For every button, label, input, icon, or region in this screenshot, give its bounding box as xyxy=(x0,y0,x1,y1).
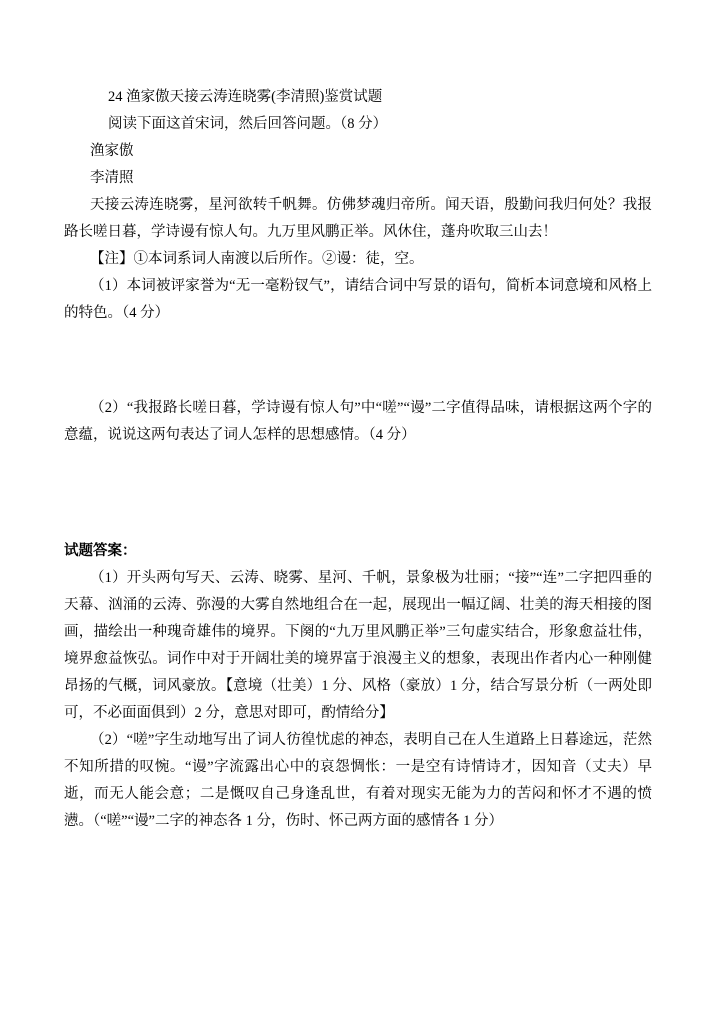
answer-space-2 xyxy=(64,449,652,538)
poet-name: 李清照 xyxy=(64,165,652,192)
instruction-line: 阅读下面这首宋词，然后回答问题。（8 分） xyxy=(64,111,652,138)
answer-1: （1）开头两句写天、云涛、晓雾、星河、千帆，景象极为壮丽；“接”“连”二字把四垂… xyxy=(64,565,652,727)
answer-space-1 xyxy=(64,327,652,395)
poem-text: 天接云涛连晓雾，星河欲转千帆舞。仿佛梦魂归帝所。闻天语，殷勤问我归何处？我报路长… xyxy=(64,192,652,246)
question-1: （1）本词被评家誉为“无一毫粉钗气”，请结合词中写景的语句，简析本词意境和风格上… xyxy=(64,273,652,327)
question-2: （2）“我报路长嗟日暮，学诗谩有惊人句”中“嗟”“谩”二字值得品味，请根据这两个… xyxy=(64,395,652,449)
answers-heading: 试题答案： xyxy=(64,538,652,565)
answer-2: （2）“嗟”字生动地写出了词人彷徨忧虑的神态，表明自己在人生道路上日暮途远，茫然… xyxy=(64,727,652,835)
document-page: 24 渔家傲天接云涛连晓雾(李清照)鉴赏试题 阅读下面这首宋词，然后回答问题。（… xyxy=(0,0,725,1024)
poem-title: 渔家傲 xyxy=(64,138,652,165)
poem-note: 【注】①本词系词人南渡以后所作。②谩：徒，空。 xyxy=(64,246,652,273)
document-content: 24 渔家傲天接云涛连晓雾(李清照)鉴赏试题 阅读下面这首宋词，然后回答问题。（… xyxy=(64,84,652,835)
doc-title: 24 渔家傲天接云涛连晓雾(李清照)鉴赏试题 xyxy=(64,84,652,111)
